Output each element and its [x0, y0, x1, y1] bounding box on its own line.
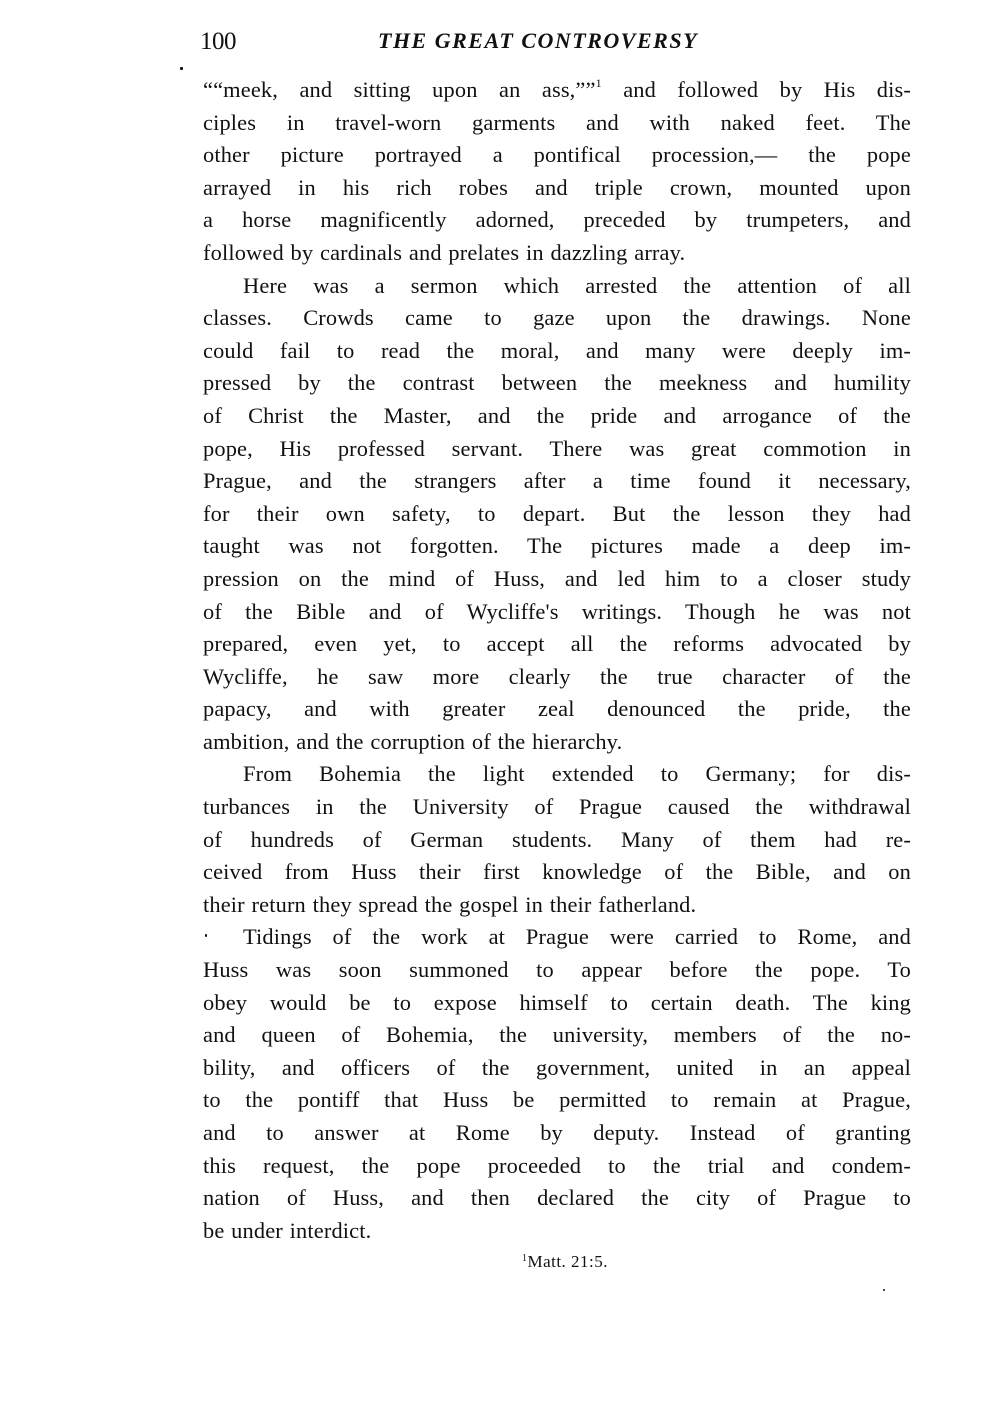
footnote-text: Matt. 21:5.: [527, 1252, 608, 1271]
text-line: could fail to read the moral, and many w…: [203, 335, 911, 368]
paragraph-3: From Bohemia the light extended to Germa…: [203, 758, 911, 921]
body-text: ““meek, and sitting upon an ass,””1 and …: [203, 74, 911, 1247]
running-head: 100 THE GREAT CONTROVERSY: [200, 22, 912, 62]
text-line: pope, His professed servant. There was g…: [203, 433, 911, 466]
text-line: of the Bible and of Wycliffe's writings.…: [203, 596, 911, 629]
text-line: pressed by the contrast between the meek…: [203, 367, 911, 400]
text-line: ceived from Huss their first knowledge o…: [203, 856, 911, 889]
text-line: arrayed in his rich robes and triple cro…: [203, 172, 911, 205]
text-line: Prague, and the strangers after a time f…: [203, 465, 911, 498]
text-line: and to answer at Rome by deputy. Instead…: [203, 1117, 911, 1150]
text-line: papacy, and with greater zeal denounced …: [203, 693, 911, 726]
text-line: nation of Huss, and then declared the ci…: [203, 1182, 911, 1215]
page-number: 100: [200, 28, 236, 56]
text-line: this request, the pope proceeded to the …: [203, 1150, 911, 1183]
text-line: From Bohemia the light extended to Germa…: [203, 758, 911, 791]
text-line: a horse magnificently adorned, preceded …: [203, 204, 911, 237]
text-line: classes. Crowds came to gaze upon the dr…: [203, 302, 911, 335]
text-line: ““meek, and sitting upon an ass,””1 and …: [203, 74, 911, 107]
text-line: ambition, and the corruption of the hier…: [203, 726, 911, 759]
text-line: of Christ the Master, and the pride and …: [203, 400, 911, 433]
book-title: THE GREAT CONTROVERSY: [378, 28, 698, 54]
text-line: and queen of Bohemia, the university, me…: [203, 1019, 911, 1052]
stray-ink-mark: [883, 1289, 885, 1291]
text-line: other picture portrayed a pontifical pro…: [203, 139, 911, 172]
text-line: to the pontiff that Huss be permitted to…: [203, 1084, 911, 1117]
text-line: of hundreds of German students. Many of …: [203, 824, 911, 857]
text-line: bility, and officers of the government, …: [203, 1052, 911, 1085]
paragraph-1: ““meek, and sitting upon an ass,””1 and …: [203, 74, 911, 270]
stray-ink-mark: [180, 67, 183, 70]
text-line: taught was not forgotten. The pictures m…: [203, 530, 911, 563]
text-line: their return they spread the gospel in t…: [203, 889, 911, 922]
text-line: obey would be to expose himself to certa…: [203, 987, 911, 1020]
footnote: 1Matt. 21:5.: [0, 1252, 1000, 1272]
text-line: ciples in travel-worn garments and with …: [203, 107, 911, 140]
text-line: be under interdict.: [203, 1215, 911, 1248]
paragraph-2: Here was a sermon which arrested the att…: [203, 270, 911, 759]
text-line: Huss was soon summoned to appear before …: [203, 954, 911, 987]
book-page: 100 THE GREAT CONTROVERSY ““meek, and si…: [0, 0, 1000, 1412]
text-line: pression on the mind of Huss, and led hi…: [203, 563, 911, 596]
text-line: turbances in the University of Prague ca…: [203, 791, 911, 824]
text-line: Wycliffe, he saw more clearly the true c…: [203, 661, 911, 694]
paragraph-4: Tidings of the work at Prague were carri…: [203, 921, 911, 1247]
text-line: followed by cardinals and prelates in da…: [203, 237, 911, 270]
text-line: Tidings of the work at Prague were carri…: [203, 921, 911, 954]
text-line: Here was a sermon which arrested the att…: [203, 270, 911, 303]
text-line: prepared, even yet, to accept all the re…: [203, 628, 911, 661]
text-line: for their own safety, to depart. But the…: [203, 498, 911, 531]
